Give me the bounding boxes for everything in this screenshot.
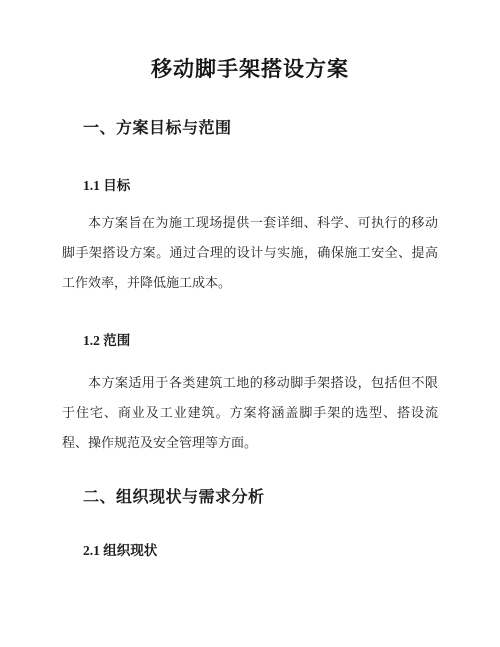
subsection-1-1-heading: 1.1 目标: [83, 177, 438, 194]
subsection-1-2-heading: 1.2 范围: [83, 332, 438, 349]
section-2-heading: 二、组织现状与需求分析: [83, 486, 438, 509]
subsection-1-1-paragraph: 本方案旨在为施工现场提供一套详细、科学、可执行的移动脚手架搭设方案。通过合理的设…: [62, 208, 438, 298]
document-page: 移动脚手架搭设方案 一、方案目标与范围 1.1 目标 本方案旨在为施工现场提供一…: [0, 0, 500, 647]
subsection-2-1-heading: 2.1 组织现状: [83, 542, 438, 559]
document-title: 移动脚手架搭设方案: [62, 55, 438, 85]
subsection-1-2-paragraph: 本方案适用于各类建筑工地的移动脚手架搭设，包括但不限于住宅、商业及工业建筑。方案…: [62, 368, 438, 458]
section-1-heading: 一、方案目标与范围: [83, 117, 438, 140]
